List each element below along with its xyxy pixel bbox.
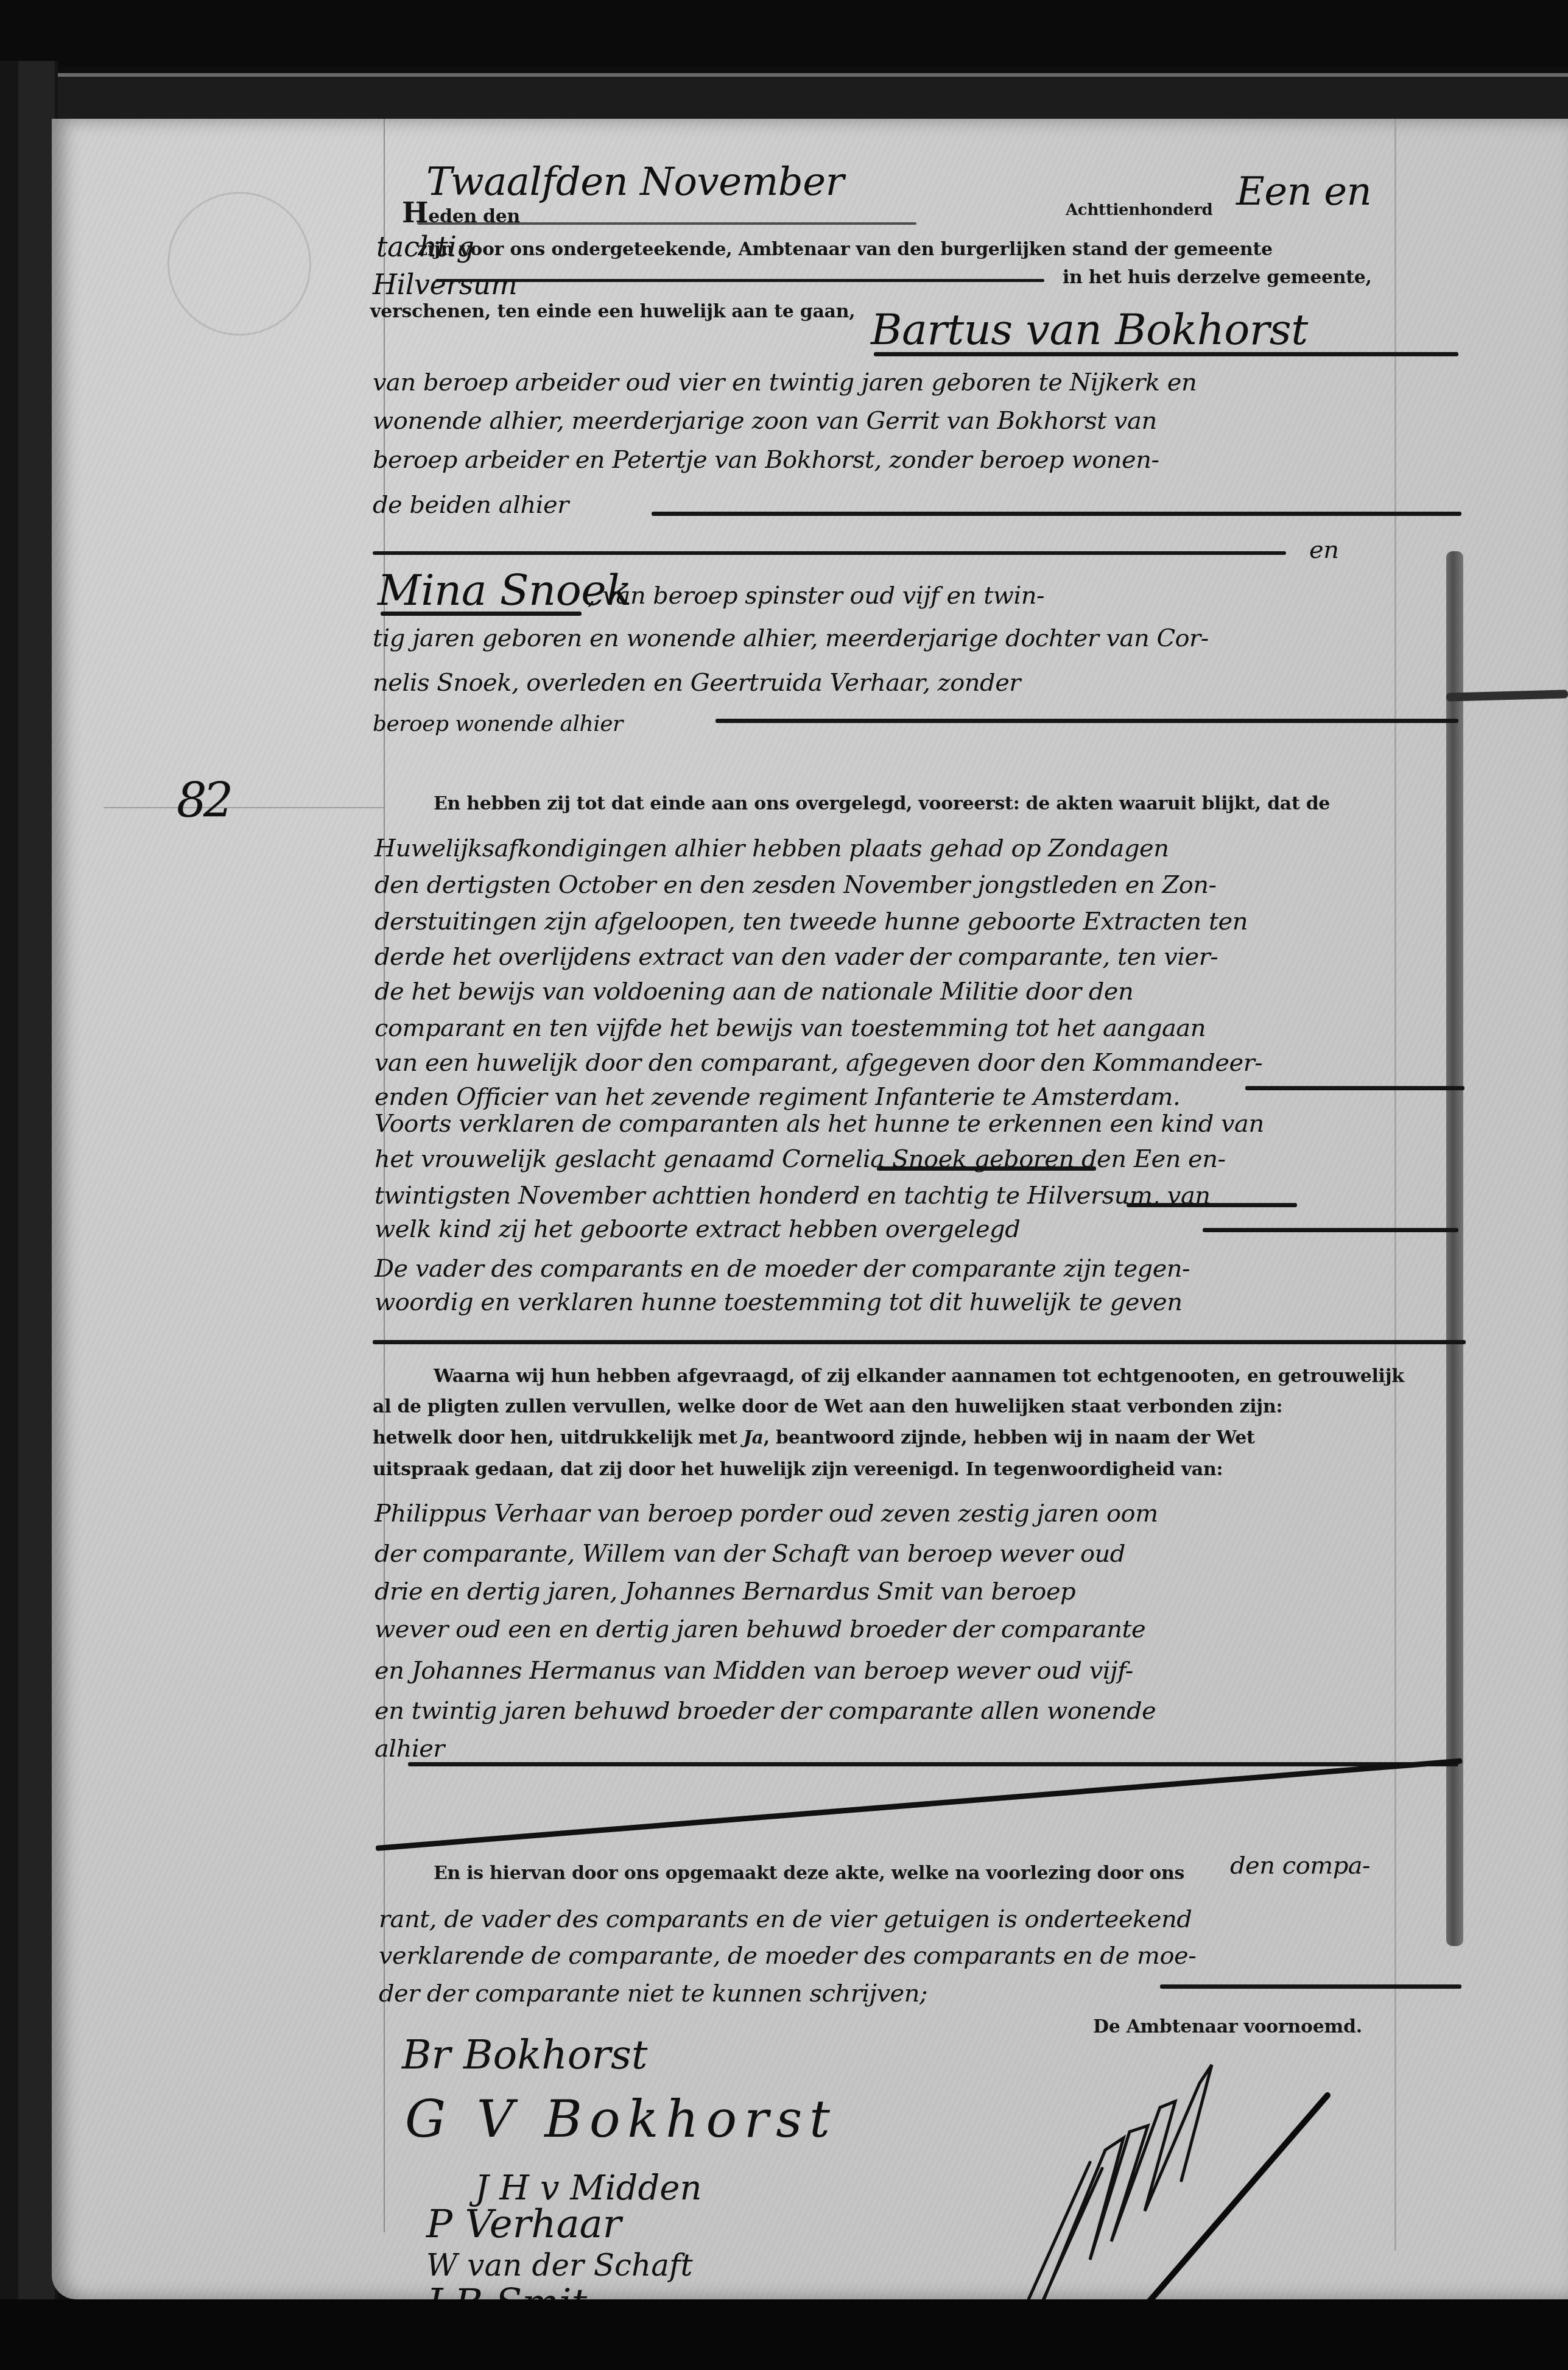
recog-line-3: twintigsten November achttien honderd en…	[374, 1182, 1211, 1210]
closing-line-2: verklarende de comparante, de moeder des…	[379, 1942, 1196, 1970]
recog-line-1: Voorts verklaren de comparanten als het …	[374, 1110, 1264, 1138]
child-name-underline	[877, 1166, 1096, 1171]
bride-underline	[381, 612, 582, 616]
section-divider-rule	[373, 1340, 1466, 1344]
groom-line-3: beroep arbeider en Petertje van Bokhorst…	[373, 446, 1159, 474]
recog-line-2: het vrouwelijk geslacht genaamd Cornelia…	[374, 1145, 1226, 1173]
witness-end-rule	[408, 1762, 1458, 1766]
docs-line-5: de het bewijs van voldoening aan de nati…	[374, 978, 1133, 1006]
record-number: 82	[177, 774, 230, 828]
binding-string	[1446, 551, 1463, 1946]
printed-official: De Ambtenaar voornoemd.	[1093, 2016, 1362, 2037]
printed-line4: verschenen, ten einde een huwelijk aan t…	[370, 301, 855, 322]
date-underline	[417, 222, 916, 225]
recog-end-rule	[1203, 1228, 1458, 1232]
witness-line-4: wever oud een en dertig jaren behuwd bro…	[374, 1615, 1145, 1643]
closing-line-0: den compa-	[1230, 1852, 1370, 1880]
scanner-frame-top	[0, 0, 1568, 67]
docs-end-rule	[1245, 1086, 1464, 1090]
municipality-rule	[435, 279, 1044, 282]
bride-line-1: tig jaren geboren en wonende alhier, mee…	[373, 624, 1209, 652]
closing-line-3: der der comparante niet te kunnen schrij…	[379, 1980, 927, 2008]
printed-line3: in het huis derzelve gemeente,	[1063, 267, 1372, 288]
docs-line-6: comparant en ten vijfde het bewijs van t…	[374, 1014, 1206, 1042]
printed-closing: En is hiervan door ons opgemaakt deze ak…	[434, 1863, 1184, 1884]
hw-year-a: Een en	[1236, 169, 1371, 214]
witness-line-5: en Johannes Hermanus van Midden van bero…	[374, 1657, 1133, 1685]
signature-witness-schaft: W van der Schaft	[426, 2248, 693, 2283]
bride-line-2: nelis Snoek, overleden en Geertruida Ver…	[373, 669, 1021, 697]
closing-end-rule	[1160, 1984, 1461, 1989]
witness-line-7: alhier	[374, 1735, 445, 1763]
groom-name: Bartus van Bokhorst	[871, 305, 1308, 354]
scanner-frame-bottom	[0, 2299, 1568, 2370]
hw-municipality: Hilversum	[373, 268, 517, 301]
consent-line-1: De vader des comparants en de moeder der…	[374, 1255, 1190, 1283]
groom-line-4: de beiden alhier	[373, 491, 569, 519]
printed-waarna-4: uitspraak gedaan, dat zij door het huwel…	[373, 1459, 1223, 1480]
signature-groom-father: G V Bokhorst	[405, 2089, 837, 2149]
book-spine-edge	[18, 61, 55, 2315]
printed-waarna-3: hetwelk door hen, uitdrukkelijk met Ja, …	[373, 1427, 1255, 1448]
docs-line-2: den dertigsten October en den zesden Nov…	[374, 871, 1217, 899]
printed-waarna-1: Waarna wij hun hebben afgevraagd, of zij…	[434, 1366, 1404, 1387]
right-margin-rule	[1394, 119, 1396, 2251]
faded-stamp	[167, 192, 311, 336]
bride-line-3: beroep wonende alhier	[373, 711, 623, 736]
docs-line-3: derstuitingen zijn afgeloopen, ten tweed…	[374, 908, 1248, 936]
witness-line-1: Philippus Verhaar van beroep porder oud …	[374, 1500, 1158, 1528]
docs-line-8: enden Officier van het zevende regiment …	[374, 1083, 1180, 1111]
bride-end-rule	[715, 719, 1458, 723]
witness-line-3: drie en dertig jaren, Johannes Bernardus…	[374, 1578, 1075, 1606]
consent-line-2: woordig en verklaren hunne toestemming t…	[374, 1288, 1182, 1316]
printed-waarna-2: al de pligten zullen vervullen, welke do…	[373, 1396, 1282, 1417]
recog-line-4: welk kind zij het geboorte extract hebbe…	[374, 1215, 1020, 1243]
groom-end-rule	[652, 512, 1461, 516]
bride-top-rule	[373, 551, 1286, 555]
docs-line-7: van een huwelijk door den comparant, afg…	[374, 1049, 1262, 1077]
closing-line-1: rant, de vader des comparants en de vier…	[379, 1905, 1192, 1933]
witness-line-6: en twintig jaren behuwd broeder der comp…	[374, 1697, 1156, 1725]
witness-line-2: der comparante, Willem van der Schaft va…	[374, 1540, 1125, 1568]
cover-strip	[58, 73, 1568, 125]
docs-line-1: Huwelijksafkondigingen alhier hebben pla…	[374, 834, 1169, 862]
en-connector: en	[1309, 536, 1338, 564]
docs-line-4: derde het overlijdens extract van den va…	[374, 943, 1218, 971]
bride-line-0: , van beroep spinster oud vijf en twin-	[588, 582, 1044, 610]
signature-witness-verhaar: P Verhaar	[426, 2202, 621, 2247]
groom-line-1: van beroep arbeider oud vier en twintig …	[373, 369, 1197, 397]
groom-underline	[874, 352, 1458, 356]
signature-groom: Br Bokhorst	[402, 2031, 647, 2078]
birthplace-underline	[1127, 1203, 1297, 1207]
groom-line-2: wonende alhier, meerderjarige zoon van G…	[373, 407, 1157, 435]
printed-line2: zijn voor ons ondergeteekende, Ambtenaar…	[417, 239, 1273, 260]
printed-en-hebben: En hebben zij tot dat einde aan ons over…	[434, 793, 1330, 814]
printed-century: Achttienhonderd	[1066, 201, 1213, 219]
margin-divider	[104, 807, 384, 808]
hw-date: Twaalfden November	[426, 160, 844, 205]
